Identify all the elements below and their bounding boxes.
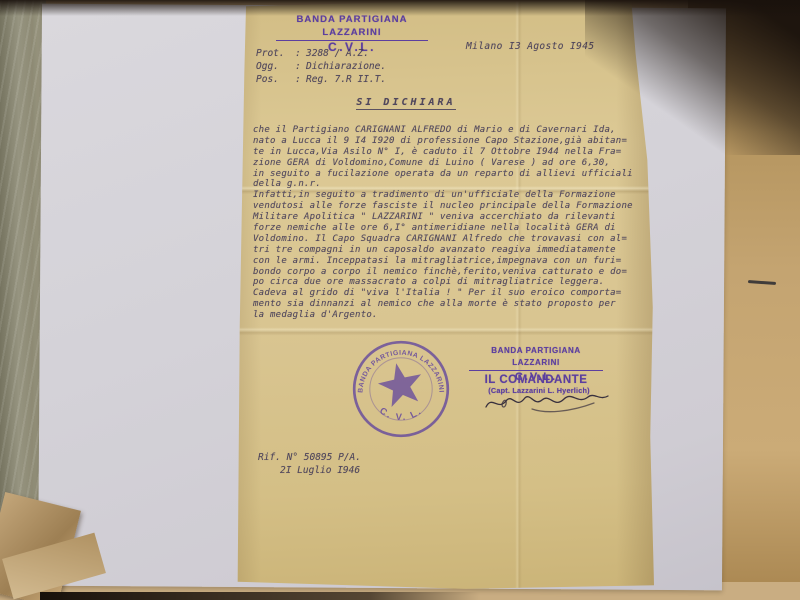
body-line: Cadeva al grido di "viva l'Italia ! " Pe… <box>253 288 637 299</box>
body-line: po circa due ore massacrato a colpi di m… <box>253 277 637 288</box>
protocol-separator: : <box>290 74 306 87</box>
header-stamp-line1: BANDA PARTIGIANA LAZZARINI <box>276 13 428 41</box>
body-line: bondo corpo a corpo il nemico finchè,fer… <box>253 267 637 278</box>
bottom-shadow <box>40 592 480 600</box>
commander-title-stamp: IL COMANDANTE <box>469 374 603 386</box>
closing-stamp-line1: BANDA PARTIGIANA LAZZARINI <box>469 345 603 371</box>
body-line: mento sia dinnanzi al nemico che alla mo… <box>253 299 637 310</box>
star-icon <box>377 361 424 406</box>
body-line: te in Lucca,Via Asilo N° I, è caduto il … <box>253 147 637 158</box>
body-line: forze nemiche alle ore 6,I° antimeridian… <box>253 223 637 234</box>
body-line: tri tre compagni in un caposaldo avanzat… <box>253 245 637 256</box>
protocol-block: Prot. : 3288 / A.Z. Ogg. : Dichiarazione… <box>256 48 386 87</box>
protocol-value: Dichiarazione. <box>306 61 386 74</box>
body-line: nato a Lucca il 9 I4 I920 di professione… <box>253 136 637 147</box>
seal-arc-bottom-text: C. V. L. <box>378 405 424 422</box>
protocol-label: Ogg. <box>256 61 290 74</box>
protocol-row: Ogg. : Dichiarazione. <box>256 61 386 74</box>
reference-number: Rif. N° 50895 P/A. <box>258 452 361 463</box>
protocol-row: Prot. : 3288 / A.Z. <box>256 48 386 61</box>
photo-of-partisan-document: BANDA PARTIGIANA LAZZARINI C.V.L. Milano… <box>0 0 800 600</box>
round-seal: BANDA PARTIGIANA LAZZARINI C. V. L. <box>349 337 453 441</box>
body-line: vendutosi alle forze fasciste il nucleo … <box>253 201 637 212</box>
protocol-label: Pos. <box>256 74 290 87</box>
top-right-shadow <box>585 0 800 155</box>
reference-date: 2I Luglio I946 <box>280 465 360 476</box>
protocol-row: Pos. : Reg. 7.R II.T. <box>256 74 386 87</box>
body-line: Voldomino. Il Capo Squadra CARIGNANI Alf… <box>253 234 637 245</box>
protocol-separator: : <box>290 48 306 61</box>
protocol-value: 3288 / A.Z. <box>306 48 369 61</box>
body-line: la medaglia d'Argento. <box>253 310 637 321</box>
declaration-heading: SI DICHIARA <box>336 97 476 110</box>
protocol-separator: : <box>290 61 306 74</box>
body-line: che il Partigiano CARIGNANI ALFREDO di M… <box>253 125 637 136</box>
date-line: Milano I3 Agosto I945 <box>466 41 595 52</box>
handwritten-signature <box>482 387 614 417</box>
body-line: zione GERA di Voldomino,Comune di Luino … <box>253 158 637 169</box>
body-line: Militare Apolitica " LAZZARINI " veniva … <box>253 212 637 223</box>
body-line: della g.n.r. <box>253 179 637 190</box>
top-shadow <box>0 0 800 16</box>
protocol-value: Reg. 7.R II.T. <box>306 74 386 87</box>
body-line: Infatti,in seguito a tradimento di un'uf… <box>253 190 637 201</box>
declaration-body: che il Partigiano CARIGNANI ALFREDO di M… <box>253 125 637 321</box>
body-line: in seguito a fucilazione operata da un r… <box>253 169 637 180</box>
body-line: con le armi. Inceppatasi la mitragliatri… <box>253 256 637 267</box>
protocol-label: Prot. <box>256 48 290 61</box>
